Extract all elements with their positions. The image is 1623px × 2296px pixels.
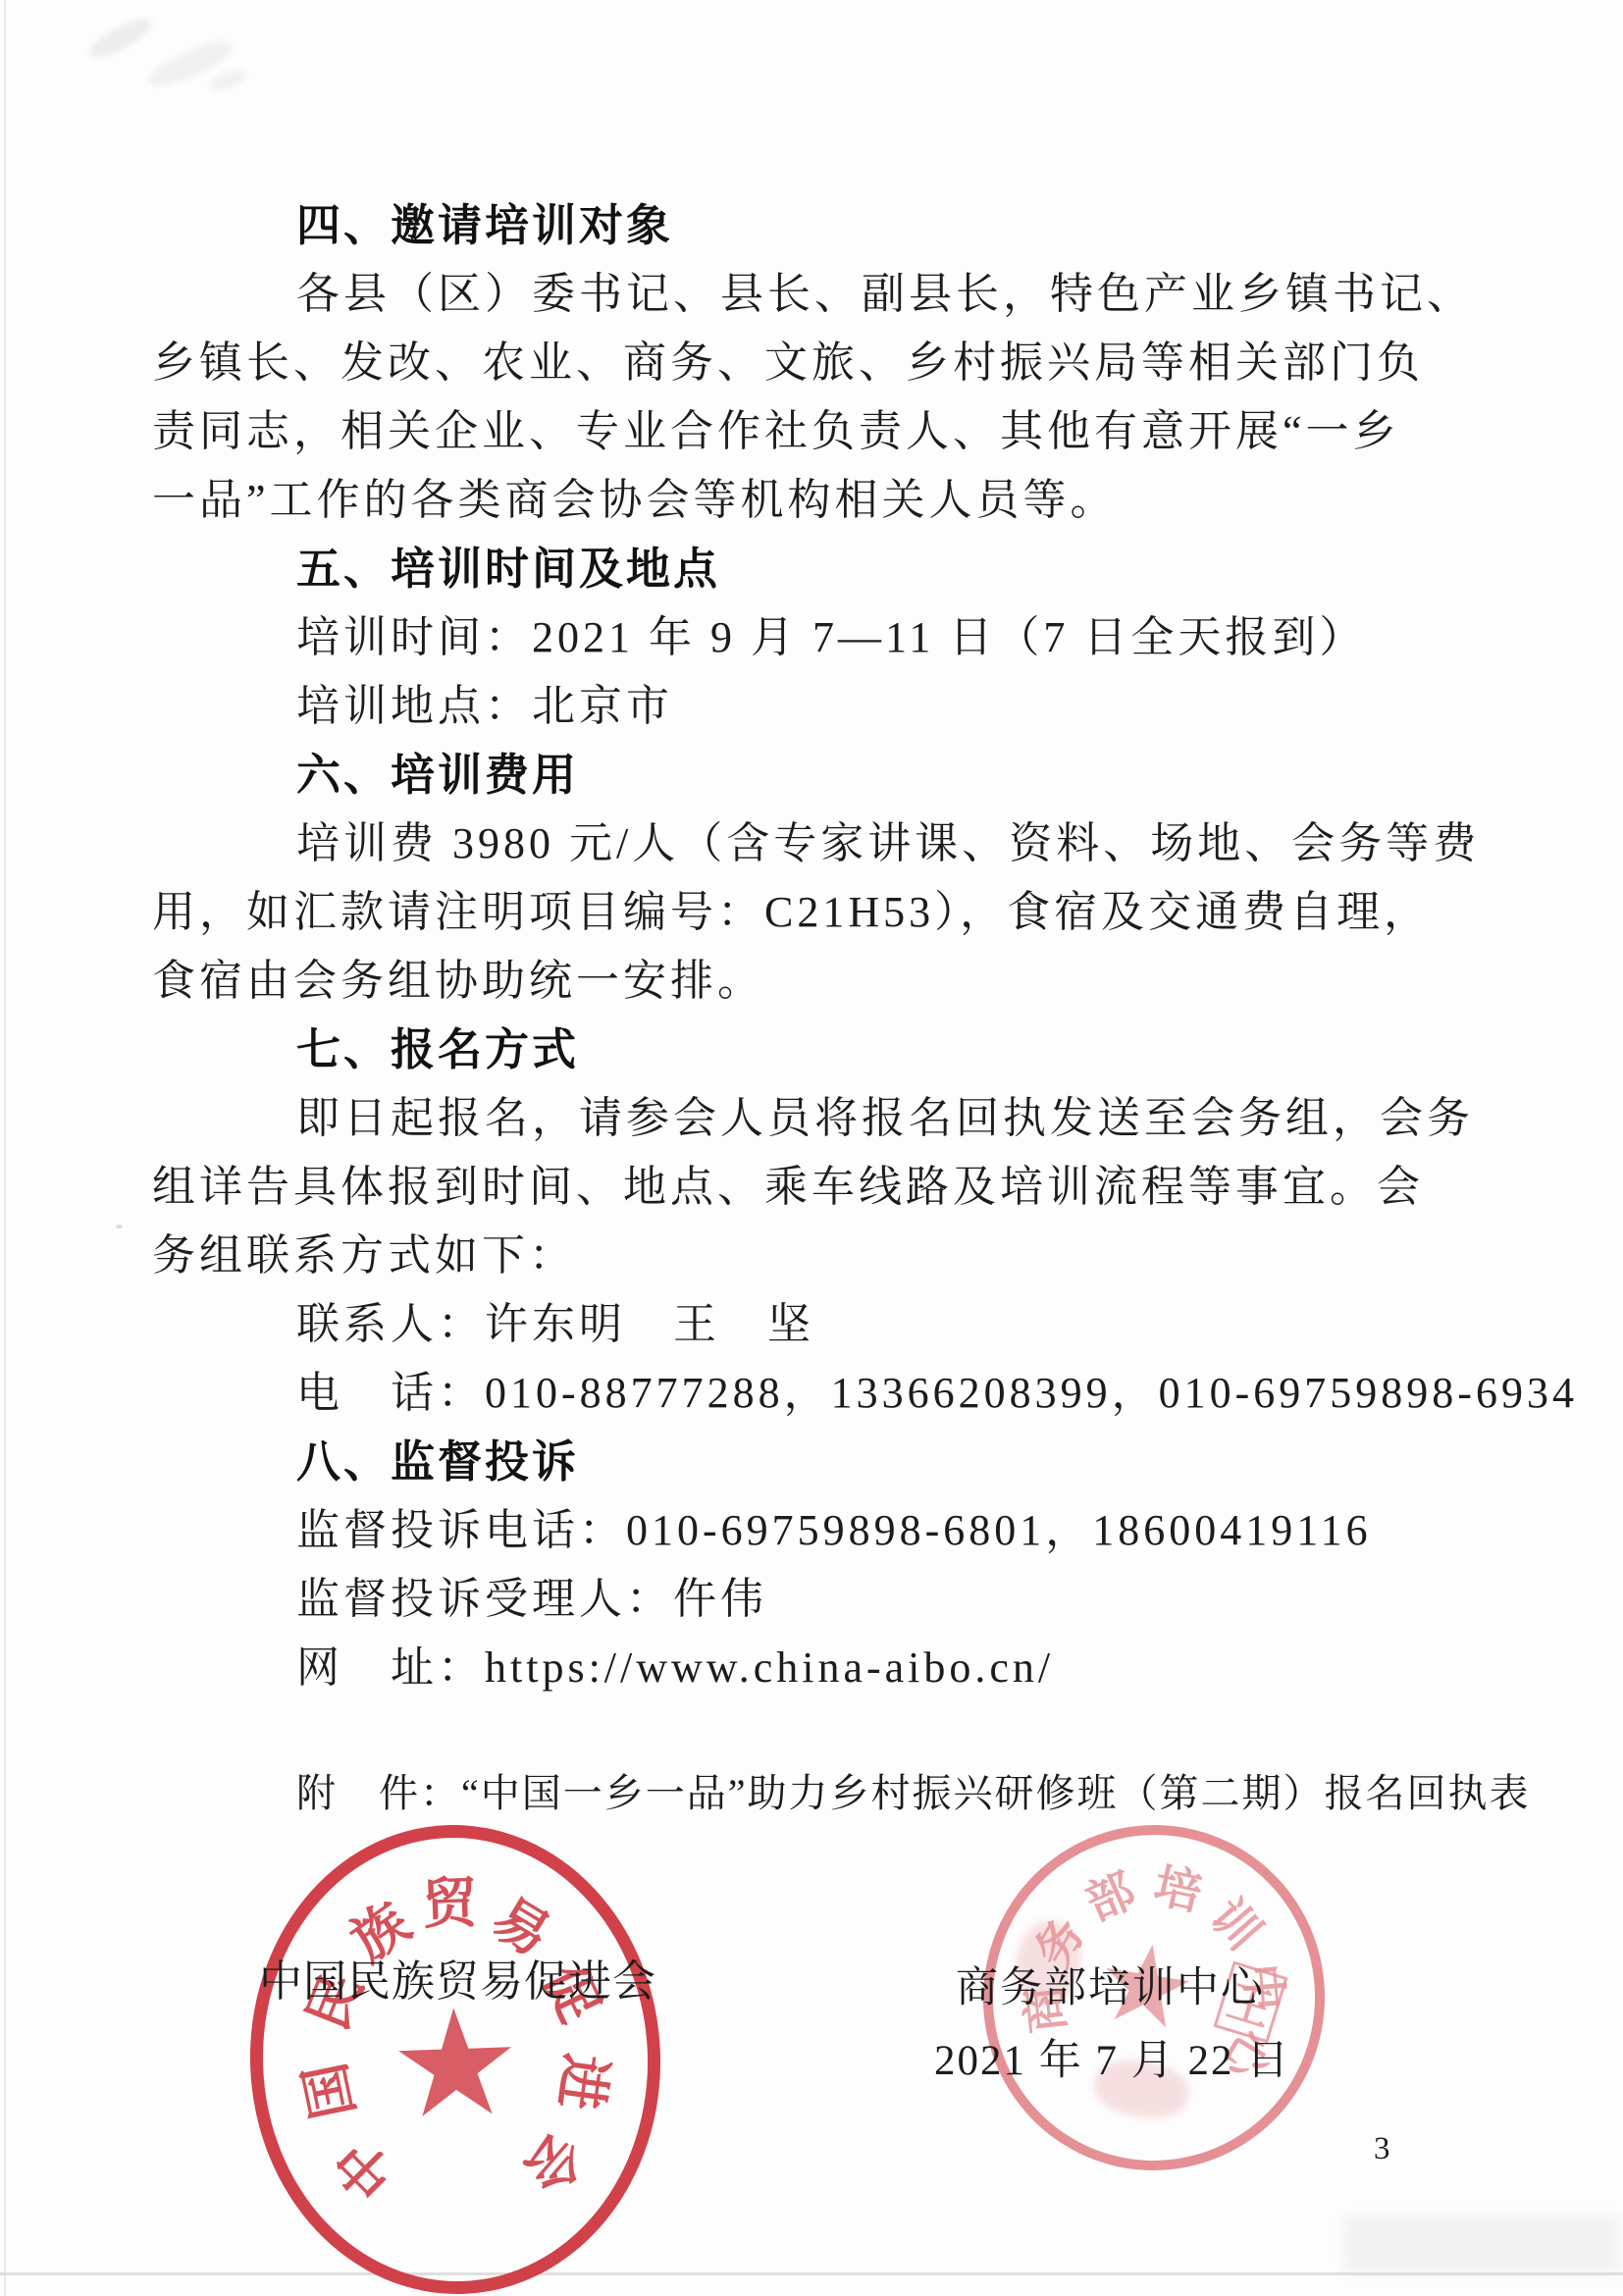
scan-speck	[116, 1225, 123, 1228]
stamp-ring-char: 进	[545, 2050, 630, 2114]
text-line: 培训时间：2021 年 9 月 7—11 日（7 日全天报到）	[152, 603, 1447, 672]
stamp-ring-char: 训	[1198, 1882, 1281, 1962]
text-line: 乡镇长、发改、农业、商务、文旅、乡村振兴局等相关部门负	[152, 329, 1447, 397]
scan-shadow	[1344, 2216, 1619, 2274]
section-heading: 八、监督投诉	[152, 1428, 1447, 1496]
text-line: 组详告具体报到时间、地点、乘车线路及培训流程等事宜。会	[152, 1153, 1447, 1222]
scan-bottom-line	[0, 2272, 1623, 2275]
text-line: 用，如汇款请注明项目编号：C21H53），食宿及交通费自理，	[152, 878, 1447, 947]
text-line: 监督投诉电话：010-69759898-6801，18600419116	[152, 1496, 1447, 1565]
text-line: 一品”工作的各类商会协会等机构相关人员等。	[152, 466, 1447, 535]
text-line: 责同志，相关企业、专业合作社负责人、其他有意开展“一乡	[152, 397, 1447, 466]
section-heading: 七、报名方式	[152, 1016, 1447, 1084]
stamp-ring-char: 部	[1073, 1852, 1144, 1933]
text-line: 联系人：许东明 王 坚	[152, 1290, 1447, 1359]
text-line: 培训费 3980 元/人（含专家讲课、资料、场地、会务等费	[152, 809, 1447, 878]
stamp-ring-char: 贸	[421, 1859, 479, 1940]
section-heading: 五、培训时间及地点	[152, 535, 1447, 603]
signature-right-org: 商务部培训中心	[956, 1955, 1265, 2014]
section-heading: 四、邀请培训对象	[152, 191, 1447, 260]
document-page: 四、邀请培训对象各县（区）委书记、县长、副县长，特色产业乡镇书记、乡镇长、发改、…	[0, 0, 1623, 2296]
text-line: 食宿由会务组协助统一安排。	[152, 947, 1447, 1016]
text-line: 即日起报名，请参会人员将报名回执发送至会务组，会务	[152, 1084, 1447, 1153]
stamp-ring-char: 国	[282, 2057, 370, 2126]
section-heading: 六、培训费用	[152, 741, 1447, 809]
signature-date: 2021 年 7 月 22 日	[934, 2027, 1290, 2087]
scan-smudge	[206, 67, 248, 95]
attachment-line: 附 件：“中国一乡一品”助力乡村振兴研修班（第二期）报名回执表	[296, 1762, 1531, 1818]
document-body: 四、邀请培训对象各县（区）委书记、县长、副县长，特色产业乡镇书记、乡镇长、发改、…	[152, 191, 1447, 1702]
text-line: 培训地点：北京市	[152, 672, 1447, 741]
stamp-ring-char: 培	[1148, 1848, 1209, 1924]
scan-edge-line	[4, 0, 6, 2296]
star-icon: ★	[387, 1990, 524, 2142]
text-line: 电 话：010-88777288，13366208399，010-6975989…	[152, 1359, 1447, 1428]
text-line: 各县（区）委书记、县长、副县长，特色产业乡镇书记、	[152, 260, 1447, 329]
org-seal-left: ★ 中国民族贸易促进会	[242, 1818, 668, 2296]
page-number: 3	[1374, 2131, 1390, 2167]
text-line: 监督投诉受理人：仵伟	[152, 1565, 1447, 1634]
scan-smudge	[85, 13, 156, 64]
text-line: 网 址：https://www.china-aibo.cn/	[152, 1634, 1447, 1702]
signature-left-org: 中国民族贸易促进会	[259, 1946, 656, 2009]
text-line: 务组联系方式如下：	[152, 1222, 1447, 1290]
